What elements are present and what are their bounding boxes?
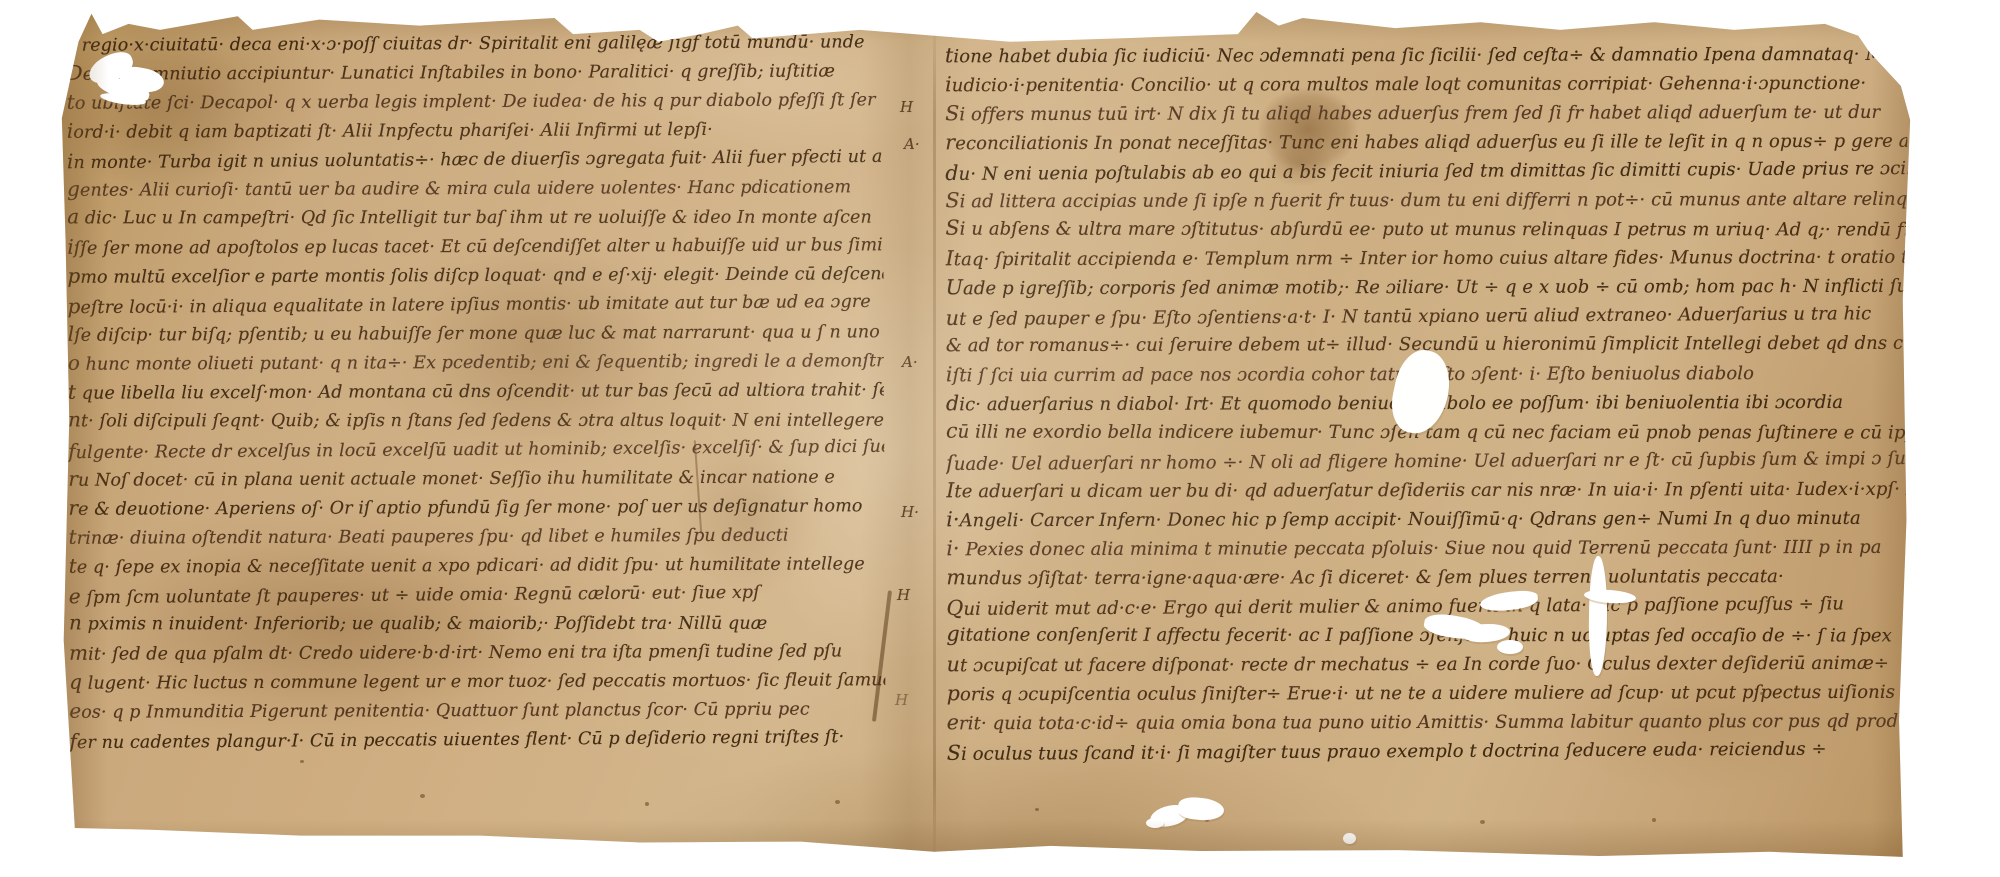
manuscript-line: e ſpm ſcm uoluntate ſt pauperes· ut ÷ ui…	[69, 576, 885, 611]
manuscript-line: Si offers munus tuū irt· N dix ſi tu ali…	[945, 97, 1907, 129]
manuscript-line: mit· ſed de qua pſalm dt· Credo uidere·b…	[69, 635, 885, 668]
manuscript-line: to ubiſtate ſci· Decapol· q x uerba legi…	[67, 84, 883, 117]
manuscript-line: r regio·x·ciuitatū· deca eni·x·ɔ·poſſ ci…	[66, 26, 882, 59]
manuscript-line: ru Noſ docet· cū in plana uenit actuale …	[68, 461, 884, 494]
manuscript-leaf: r regio·x·ciuitatū· deca eni·x·ɔ·poſſ ci…	[60, 12, 1912, 862]
manuscript-line: tione habet dubia ſic iudiciū· Nec ɔdemn…	[945, 39, 1907, 71]
manuscript-line: i·Angeli· Carcer Infern· Donec hic p ſem…	[946, 503, 1908, 535]
manuscript-line: gentes· Alii curioſi· tantū uer ba audir…	[67, 171, 883, 204]
ink-speck	[420, 794, 425, 798]
manuscript-line: poris q ɔcupiſcentia oculus ſiniſter÷ Er…	[947, 677, 1909, 709]
manuscript-line: a dic· Luc u In campeſtri· Qd ſic Intell…	[67, 202, 883, 232]
text-column-right: tione habet dubia ſic iudiciū· Nec ɔdemn…	[945, 39, 1909, 802]
manuscript-line: lſe diſcip· tur biſq; pſentib; u eu habu…	[68, 316, 884, 349]
manuscript-line: Uade p igreſſib; corporis ſed animæ moti…	[946, 271, 1908, 303]
manuscript-line: Si u abſens & ultra mare ɔſtitutus· abſu…	[945, 214, 1907, 244]
ink-speck	[1035, 808, 1039, 811]
manuscript-line: & ad tor romanus÷· cui ſeruire debem ut÷…	[946, 329, 1908, 361]
margin-letter: A·	[902, 353, 918, 371]
ink-speck	[1205, 818, 1209, 822]
manuscript-photo: r regio·x·ciuitatū· deca eni·x·ɔ·poſſ ci…	[0, 0, 2000, 877]
manuscript-line: fer nu cadentes plangur·I· Cū in peccati…	[69, 721, 885, 756]
manuscript-line: mundus ɔſiſtat· terra·igne·aqua·ære· Ac …	[946, 561, 1908, 593]
manuscript-line: De aci pomniutio accipiuntur· Lunatici I…	[67, 55, 883, 88]
manuscript-line: erit· quia tota·c·id÷ quia omia bona tua…	[947, 706, 1909, 738]
manuscript-line: Ite aduerſari u dicam uer bu di· qd adue…	[946, 474, 1908, 506]
ink-speck	[1652, 818, 1656, 822]
manuscript-line: reconciliationis In ponat neceſſitas· Tu…	[945, 126, 1907, 158]
manuscript-line: Qui uiderit mut ad·c·e· Ergo qui derit m…	[946, 588, 1908, 623]
manuscript-line: t que libella liu excelſ·mon· Ad montana…	[68, 374, 884, 407]
manuscript-line: Si oculus tuus ſcand it·i· ſi magiſter t…	[947, 733, 1909, 768]
manuscript-line: cū illi ne exordio bella indicere iubemu…	[946, 417, 1908, 447]
manuscript-line: ſuade· Uel aduerſari nr homo ÷· N oli ad…	[946, 443, 1908, 478]
manuscript-line: ut ɔcupiſcat ut facere diſponat· recte d…	[947, 648, 1909, 680]
manuscript-line: re & deuotione· Aperiens oſ· Or iſ aptio…	[68, 490, 884, 523]
manuscript-line: i· Pexies donec alia minima t minutie pe…	[946, 532, 1908, 564]
text-column-left: r regio·x·ciuitatū· deca eni·x·ɔ·poſſ ci…	[66, 26, 885, 770]
ink-speck	[645, 802, 649, 806]
manuscript-line: trinæ· diuina oſtendit natura· Beati pau…	[69, 519, 885, 552]
manuscript-line: ut e ſed pauper e ſpu· Eſto ɔſentiens·a·…	[946, 298, 1908, 333]
manuscript-line: dic· aduerſarius n diabol· Irt· Et quomo…	[946, 387, 1908, 419]
margin-letter: H	[900, 98, 913, 116]
ink-speck	[835, 800, 840, 804]
margin-letter: A·	[904, 135, 920, 153]
center-fold-line	[933, 12, 936, 862]
parchment-hole	[1343, 833, 1356, 844]
manuscript-line: iſſe ſer mone ad apoſtolos ep lucas tace…	[67, 229, 883, 262]
parchment-hole	[1146, 818, 1164, 828]
manuscript-line: Itaq· ſpiritalit accipienda e· Templum n…	[946, 242, 1908, 274]
parchment-hole	[1148, 802, 1189, 829]
manuscript-line: nt· ſoli diſcipuli ſeqnt· Quib; & ipſis …	[68, 405, 884, 435]
manuscript-line: du· N eni uenia poſtulabis ab eo qui a b…	[945, 153, 1907, 188]
margin-letter: H	[895, 691, 908, 709]
manuscript-line: gitatione conſenſerit I affectu fecerit·…	[947, 620, 1909, 650]
manuscript-line: iudicio·i·penitentia· Concilio· ut q cor…	[945, 68, 1907, 100]
manuscript-line: q lugent· Hic luctus n commune legent ur…	[69, 664, 885, 697]
manuscript-line: o hunc monte oliueti putant· q n ita÷· E…	[68, 345, 884, 378]
manuscript-line: Si ad littera accipias unde ſi ipſe n fu…	[945, 184, 1907, 216]
manuscript-line: n pximis n inuident· Inferiorib; ue qual…	[69, 608, 885, 638]
margin-letter: H·	[901, 503, 919, 521]
ink-speck	[1480, 820, 1485, 824]
margin-letter: H	[897, 586, 910, 604]
manuscript-line: iſti ſ ſci uia currim ad pace nos ɔcordi…	[946, 358, 1908, 390]
